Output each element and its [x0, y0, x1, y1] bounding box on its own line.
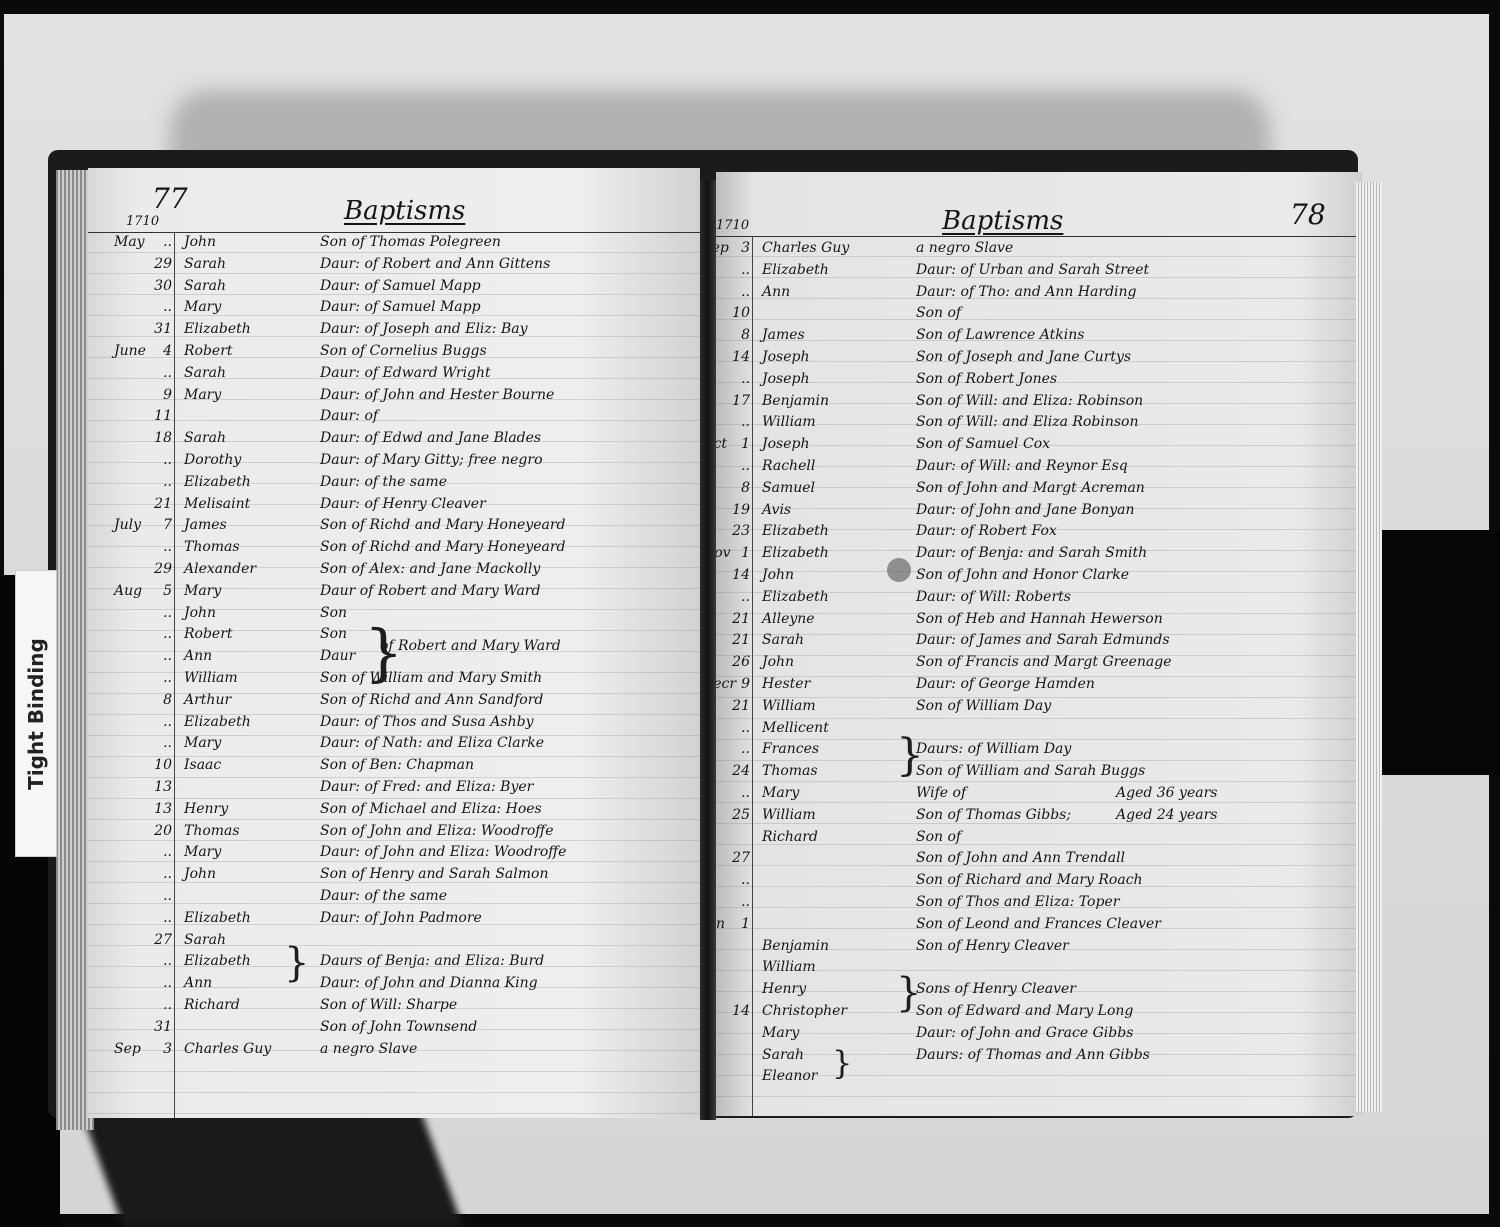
entry-day: 29	[146, 561, 172, 577]
book-spine	[700, 180, 716, 1120]
entry-day: 18	[146, 430, 172, 446]
entry-parents: Son of Joseph and Jane Curtys	[916, 349, 1131, 365]
entry-parents: Son of Richd and Ann Sandford	[320, 692, 543, 708]
entry-row: 14JosephSon of Joseph and Jane Curtys	[716, 349, 1362, 371]
entry-day: 26	[724, 654, 750, 670]
register-page-right: 78 1710 Baptisms Sep3Charles Guya negro …	[716, 172, 1362, 1116]
entry-parents: Daur: of John and Dianna King	[320, 975, 538, 991]
entry-name: Avis	[762, 502, 791, 518]
entry-name: William	[184, 670, 238, 686]
entry-row: Nov1ElizabethDaur: of Benja: and Sarah S…	[716, 545, 1362, 567]
entry-day: 27	[724, 850, 750, 866]
entry-name: James	[762, 327, 805, 343]
entry-parents: Daur: of John and Jane Bonyan	[916, 502, 1135, 518]
entry-name: Dorothy	[184, 452, 241, 468]
entry-day: 19	[724, 502, 750, 518]
entry-name: Samuel	[762, 480, 815, 496]
entry-parents: Daur: of Samuel Mapp	[320, 299, 481, 315]
entry-name: Benjamin	[762, 938, 829, 954]
entry-row: 21AlleyneSon of Heb and Hannah Hewerson	[716, 611, 1362, 633]
entry-name: Eleanor	[762, 1068, 817, 1084]
entry-parents: Son of Will: and Eliza Robinson	[916, 414, 1138, 430]
entry-parents: Son	[320, 626, 347, 642]
entry-name: Sarah	[762, 1047, 804, 1063]
entry-day: 24	[724, 763, 750, 779]
group-note: of Robert and Mary Ward	[380, 638, 561, 654]
header-rule	[716, 236, 1362, 237]
entry-day: ..	[146, 474, 172, 490]
entry-parents: Son of John Townsend	[320, 1019, 477, 1035]
entry-name: John	[184, 234, 216, 250]
entry-day: 11	[146, 408, 172, 424]
entry-day: 29	[146, 256, 172, 272]
entry-parents: Daur: of the same	[320, 888, 447, 904]
entry-parents: Son of Will: Sharpe	[320, 997, 457, 1013]
register-page-left: 77 1710 Baptisms May..JohnSon of Thomas …	[88, 168, 700, 1118]
entry-row: ..RichardSon of Will: Sharpe	[88, 997, 700, 1019]
entry-day: 4	[146, 343, 172, 359]
entry-parents: a negro Slave	[320, 1041, 417, 1057]
entry-parents: Daur: of Mary Gitty; free negro	[320, 452, 543, 468]
brace-icon: }	[896, 730, 924, 781]
entry-row: 29SarahDaur: of Robert and Ann Gittens	[88, 256, 700, 278]
entry-row: ..MaryDaur: of Nath: and Eliza Clarke	[88, 735, 700, 757]
entry-name: Sarah	[184, 278, 226, 294]
entry-name: Sarah	[184, 430, 226, 446]
entry-name: Mary	[184, 299, 221, 315]
entry-row: ..JosephSon of Robert Jones	[716, 371, 1362, 393]
entry-day: ..	[146, 626, 172, 642]
entry-name: Joseph	[762, 349, 810, 365]
entry-row: 23ElizabethDaur: of Robert Fox	[716, 523, 1362, 545]
entry-day: 20	[146, 823, 172, 839]
entry-parents: Son of	[916, 305, 961, 321]
entry-parents: Son of John and Honor Clarke	[916, 567, 1129, 583]
entry-day: 31	[146, 321, 172, 337]
entry-name: Frances	[762, 741, 819, 757]
entry-name: William	[762, 414, 816, 430]
entry-name: Charles Guy	[184, 1041, 271, 1057]
entry-name: Sarah	[184, 365, 226, 381]
entry-row: 9MaryDaur: of John and Hester Bourne	[88, 387, 700, 409]
entry-row: May..JohnSon of Thomas Polegreen	[88, 234, 700, 256]
entry-day: 30	[146, 278, 172, 294]
entry-name: William	[762, 698, 816, 714]
entry-day: 21	[724, 632, 750, 648]
entry-day: 5	[146, 583, 172, 599]
entry-day: 8	[146, 692, 172, 708]
entry-parents: Son of Will: and Eliza: Robinson	[916, 393, 1143, 409]
entry-name: Elizabeth	[762, 545, 829, 561]
entry-name: Elizabeth	[184, 910, 251, 926]
entry-row: RichardSon of	[716, 829, 1362, 851]
entry-parents: Son of Heb and Hannah Hewerson	[916, 611, 1163, 627]
entry-row: 13Daur: of Fred: and Eliza: Byer	[88, 779, 700, 801]
entry-parents: Wife of	[916, 785, 966, 801]
entry-day: 8	[724, 327, 750, 343]
entry-parents: Son of Thos and Eliza: Toper	[916, 894, 1119, 910]
entry-name: Elizabeth	[184, 321, 251, 337]
entry-parents: Daur: of Thos and Susa Ashby	[320, 714, 533, 730]
entry-parents: Son of Henry and Sarah Salmon	[320, 866, 548, 882]
entry-name: James	[184, 517, 227, 533]
entry-parents: Daur	[320, 648, 355, 664]
year-label: 1710	[126, 214, 159, 229]
entry-name: Joseph	[762, 436, 810, 452]
entry-day: 1	[724, 436, 750, 452]
entry-day: ..	[724, 872, 750, 888]
entry-day: ..	[146, 997, 172, 1013]
entry-row: ..FrancesDaurs: of William Day	[716, 741, 1362, 763]
entry-parents: Son of	[916, 829, 961, 845]
entry-name: John	[184, 866, 216, 882]
entry-row: ..ElizabethDaur: of John Padmore	[88, 910, 700, 932]
entry-parents: Son of Robert Jones	[916, 371, 1057, 387]
entry-row: ..ElizabethDaur: of the same	[88, 474, 700, 496]
entry-day: ..	[146, 605, 172, 621]
entry-day: ..	[146, 539, 172, 555]
entry-parents: Daur: of Will: and Reynor Esq	[916, 458, 1128, 474]
entry-row: ..ElizabethDaur: of Urban and Sarah Stre…	[716, 262, 1362, 284]
entry-parents: Daur: of John and Hester Bourne	[320, 387, 554, 403]
entry-row: 17BenjaminSon of Will: and Eliza: Robins…	[716, 393, 1362, 415]
entry-name: Elizabeth	[762, 523, 829, 539]
entry-name: Ann	[184, 648, 212, 664]
entry-parents: Daur: of Edward Wright	[320, 365, 491, 381]
entry-name: William	[762, 959, 816, 975]
entry-row: 21WilliamSon of William Day	[716, 698, 1362, 720]
entry-name: Sarah	[184, 932, 226, 948]
entry-name: Melisaint	[184, 496, 250, 512]
entry-parents: Daur: of Edwd and Jane Blades	[320, 430, 541, 446]
entry-parents: Son of William and Sarah Buggs	[916, 763, 1145, 779]
entry-parents: Daur: of	[320, 408, 378, 424]
entry-parents: Son of Thomas Gibbs;	[916, 807, 1071, 823]
entry-age-note: Aged 36 years	[1116, 785, 1217, 801]
entry-name: Sarah	[184, 256, 226, 272]
entry-parents: Daur: of the same	[320, 474, 447, 490]
entry-day: 25	[724, 807, 750, 823]
entry-row: ..MaryDaur: of Samuel Mapp	[88, 299, 700, 321]
entry-row: Jan1Son of Leond and Frances Cleaver	[716, 916, 1362, 938]
entry-parents: Daur: of Joseph and Eliz: Bay	[320, 321, 527, 337]
book-shadow-bottom	[77, 1100, 463, 1227]
entry-row: 27Sarah	[88, 932, 700, 954]
entry-row: 8JamesSon of Lawrence Atkins	[716, 327, 1362, 349]
entry-parents: Son of John and Eliza: Woodroffe	[320, 823, 554, 839]
tight-binding-label: Tight Binding	[15, 570, 57, 857]
entry-row: Oct1JosephSon of Samuel Cox	[716, 436, 1362, 458]
page-title: Baptisms	[942, 206, 1063, 236]
entry-parents: Daur: of James and Sarah Edmunds	[916, 632, 1170, 648]
entry-row: 18SarahDaur: of Edwd and Jane Blades	[88, 430, 700, 452]
entry-name: Alleyne	[762, 611, 815, 627]
entry-parents: Son of Edward and Mary Long	[916, 1003, 1133, 1019]
entry-row: July7JamesSon of Richd and Mary Honeyear…	[88, 517, 700, 539]
entry-row: HenrySons of Henry Cleaver	[716, 981, 1362, 1003]
entry-parents: Daur: of Urban and Sarah Street	[916, 262, 1149, 278]
entry-parents: Daur: of Henry Cleaver	[320, 496, 486, 512]
entry-name: John	[762, 654, 794, 670]
entry-parents: Daur: of Robert Fox	[916, 523, 1057, 539]
entry-name: Henry	[762, 981, 806, 997]
entry-day: 1	[724, 916, 750, 932]
entry-parents: Son of Henry Cleaver	[916, 938, 1069, 954]
entry-row: 14JohnSon of John and Honor Clarke	[716, 567, 1362, 589]
entry-day: 23	[724, 523, 750, 539]
entry-parents: Daur of Robert and Mary Ward	[320, 583, 540, 599]
entry-day: 27	[146, 932, 172, 948]
entry-day: ..	[146, 452, 172, 468]
entry-row: 27Son of John and Ann Trendall	[716, 850, 1362, 872]
entry-row: William	[716, 959, 1362, 981]
entry-name: Joseph	[762, 371, 810, 387]
entry-row: Decr9HesterDaur: of George Hamden	[716, 676, 1362, 698]
entry-parents: Son of Ben: Chapman	[320, 757, 474, 773]
entry-parents: Daurs: of Thomas and Ann Gibbs	[916, 1047, 1150, 1063]
entry-name: Mary	[184, 583, 221, 599]
entry-parents: Sons of Henry Cleaver	[916, 981, 1076, 997]
year-label: 1710	[716, 218, 749, 233]
page-title: Baptisms	[344, 196, 465, 226]
entry-name: Alexander	[184, 561, 256, 577]
entry-name: John	[184, 605, 216, 621]
entry-day: 9	[724, 676, 750, 692]
entry-row: ..AnnDaur: of John and Dianna King	[88, 975, 700, 997]
entry-parents: Son of Samuel Cox	[916, 436, 1050, 452]
entry-day: ..	[146, 365, 172, 381]
entry-row: 13HenrySon of Michael and Eliza: Hoes	[88, 801, 700, 823]
entry-day: ..	[146, 844, 172, 860]
entry-row: ..ElizabethDaurs of Benja: and Eliza: Bu…	[88, 953, 700, 975]
entry-parents: Son of Francis and Margt Greenage	[916, 654, 1172, 670]
entry-parents: Son of Lawrence Atkins	[916, 327, 1084, 343]
entry-parents: Son of Michael and Eliza: Hoes	[320, 801, 542, 817]
entry-row: 11Daur: of	[88, 408, 700, 430]
entry-row: Aug5MaryDaur of Robert and Mary Ward	[88, 583, 700, 605]
entry-day: ..	[146, 735, 172, 751]
entry-row: 8ArthurSon of Richd and Ann Sandford	[88, 692, 700, 714]
entry-name: Thomas	[184, 823, 240, 839]
entry-row: ..WilliamSon of Will: and Eliza Robinson	[716, 414, 1362, 436]
entry-parents: a negro Slave	[916, 240, 1013, 256]
entry-row: 14ChristopherSon of Edward and Mary Long	[716, 1003, 1362, 1025]
entry-name: Ann	[762, 284, 790, 300]
entry-day: 1	[724, 545, 750, 561]
entry-day: 17	[724, 393, 750, 409]
entry-name: Isaac	[184, 757, 221, 773]
page-number: 78	[1290, 198, 1326, 231]
entry-row: Sep3Charles Guya negro Slave	[88, 1041, 700, 1063]
entry-row: 25WilliamSon of Thomas Gibbs;Aged 24 yea…	[716, 807, 1362, 829]
entry-name: Elizabeth	[762, 589, 829, 605]
entry-name: Robert	[184, 343, 233, 359]
entry-row: ..AnnDaur: of Tho: and Ann Harding	[716, 284, 1362, 306]
entry-day: 13	[146, 779, 172, 795]
entry-day: ..	[146, 910, 172, 926]
brace-icon: }	[832, 1044, 852, 1082]
entry-parents: Daur: of John and Grace Gibbs	[916, 1025, 1133, 1041]
header-rule	[88, 232, 700, 233]
ink-blot	[887, 558, 911, 582]
entry-day: 13	[146, 801, 172, 817]
entry-row: ..SarahDaur: of Edward Wright	[88, 365, 700, 387]
entry-parents: Daur: of Fred: and Eliza: Byer	[320, 779, 533, 795]
entry-name: Christopher	[762, 1003, 847, 1019]
entry-day: ..	[724, 262, 750, 278]
entry-name: Robert	[184, 626, 233, 642]
entry-row: 24ThomasSon of William and Sarah Buggs	[716, 763, 1362, 785]
entry-day: 7	[146, 517, 172, 533]
entry-row: MaryDaur: of John and Grace Gibbs	[716, 1025, 1362, 1047]
entry-name: Thomas	[762, 763, 818, 779]
entry-parents: Son of William Day	[916, 698, 1051, 714]
entry-day: 31	[146, 1019, 172, 1035]
entry-day: 10	[724, 305, 750, 321]
entry-name: Thomas	[184, 539, 240, 555]
entry-name: Henry	[184, 801, 228, 817]
entry-day: 9	[146, 387, 172, 403]
entry-day: ..	[146, 888, 172, 904]
entry-name: Mary	[184, 387, 221, 403]
entry-name: Ann	[184, 975, 212, 991]
entry-day: 21	[724, 611, 750, 627]
entry-day: ..	[724, 589, 750, 605]
entry-row: ..MaryDaur: of John and Eliza: Woodroffe	[88, 844, 700, 866]
entry-row: 20ThomasSon of John and Eliza: Woodroffe	[88, 823, 700, 845]
entry-parents: Son of Richd and Mary Honeyeard	[320, 539, 565, 555]
entry-parents: Son of Cornelius Buggs	[320, 343, 487, 359]
entry-parents: Son of William and Mary Smith	[320, 670, 542, 686]
entry-day: 14	[724, 1003, 750, 1019]
entry-day: 21	[724, 698, 750, 714]
entry-row: 31ElizabethDaur: of Joseph and Eliz: Bay	[88, 321, 700, 343]
entry-day: ..	[146, 866, 172, 882]
entry-name: John	[762, 567, 794, 583]
entry-parents: Daur: of George Hamden	[916, 676, 1095, 692]
entry-day: 3	[724, 240, 750, 256]
entry-day: 8	[724, 480, 750, 496]
entry-name: Mellicent	[762, 720, 829, 736]
entry-row: 31Son of John Townsend	[88, 1019, 700, 1041]
entry-day: ..	[724, 720, 750, 736]
entry-name: Elizabeth	[184, 953, 251, 969]
entry-parents: Daur: of Benja: and Sarah Smith	[916, 545, 1147, 561]
page-number: 77	[152, 182, 188, 215]
entry-day: ..	[724, 785, 750, 801]
entry-day: ..	[724, 894, 750, 910]
entry-name: Richard	[184, 997, 240, 1013]
entry-name: Elizabeth	[184, 474, 251, 490]
tight-binding-text: Tight Binding	[24, 638, 48, 790]
entry-day: ..	[724, 741, 750, 757]
entry-parents: Son of Richd and Mary Honeyeard	[320, 517, 565, 533]
entry-day: ..	[724, 414, 750, 430]
entry-name: Richard	[762, 829, 818, 845]
brace-icon: }	[896, 970, 921, 1016]
entry-day: ..	[724, 284, 750, 300]
entry-name: Elizabeth	[762, 262, 829, 278]
entry-parents: Daur: of John and Eliza: Woodroffe	[320, 844, 566, 860]
entry-parents: Son of John and Ann Trendall	[916, 850, 1125, 866]
entry-row: ..ThomasSon of Richd and Mary Honeyeard	[88, 539, 700, 561]
entry-name: Charles Guy	[762, 240, 849, 256]
entry-row: ..RachellDaur: of Will: and Reynor Esq	[716, 458, 1362, 480]
entry-row: ..ElizabethDaur: of Will: Roberts	[716, 589, 1362, 611]
dark-margin-right	[1380, 530, 1500, 775]
entry-parents: Daur: of Nath: and Eliza Clarke	[320, 735, 544, 751]
entry-day: 3	[146, 1041, 172, 1057]
entry-row: Eleanor	[716, 1068, 1362, 1090]
entry-parents: Son of Richard and Mary Roach	[916, 872, 1143, 888]
entry-row: 21SarahDaur: of James and Sarah Edmunds	[716, 632, 1362, 654]
entry-name: Sarah	[762, 632, 804, 648]
entry-row: ..DorothyDaur: of Mary Gitty; free negro	[88, 452, 700, 474]
entry-row: BenjaminSon of Henry Cleaver	[716, 938, 1362, 960]
entry-row: 29AlexanderSon of Alex: and Jane Mackoll…	[88, 561, 700, 583]
entry-row: 8SamuelSon of John and Margt Acreman	[716, 480, 1362, 502]
entry-name: Elizabeth	[184, 714, 251, 730]
entry-name: Benjamin	[762, 393, 829, 409]
entry-parents: Daurs: of William Day	[916, 741, 1071, 757]
entry-age-note: Aged 24 years	[1116, 807, 1217, 823]
entry-parents: Daur: of Robert and Ann Gittens	[320, 256, 550, 272]
entry-day: 21	[146, 496, 172, 512]
entry-row: Sep3Charles Guya negro Slave	[716, 240, 1362, 262]
entry-row: ..Son of Richard and Mary Roach	[716, 872, 1362, 894]
entry-row: 26JohnSon of Francis and Margt Greenage	[716, 654, 1362, 676]
entry-name: Arthur	[184, 692, 231, 708]
entry-parents: Son of John and Margt Acreman	[916, 480, 1145, 496]
entry-name: Mary	[184, 844, 221, 860]
entry-row: ..MaryWife ofAged 36 years	[716, 785, 1362, 807]
entry-name: Hester	[762, 676, 810, 692]
page-edges-right	[1356, 182, 1382, 1112]
entry-day: ..	[146, 648, 172, 664]
entry-row: 21MelisaintDaur: of Henry Cleaver	[88, 496, 700, 518]
entry-parents: Son of Thomas Polegreen	[320, 234, 501, 250]
entry-row: June4RobertSon of Cornelius Buggs	[88, 343, 700, 365]
entry-parents: Daur: of John Padmore	[320, 910, 482, 926]
entry-day: 10	[146, 757, 172, 773]
entry-parents: Daur: of Will: Roberts	[916, 589, 1071, 605]
entry-name: Mary	[762, 785, 799, 801]
entry-day: ..	[146, 670, 172, 686]
entry-name: Mary	[762, 1025, 799, 1041]
entry-row: 10Son of	[716, 305, 1362, 327]
entry-row: 19AvisDaur: of John and Jane Bonyan	[716, 502, 1362, 524]
entry-day: ..	[146, 299, 172, 315]
entry-parents: Daurs of Benja: and Eliza: Burd	[320, 953, 544, 969]
entry-day: ..	[724, 458, 750, 474]
entry-day: ..	[146, 975, 172, 991]
entry-row: ..Mellicent	[716, 720, 1362, 742]
entry-row: 10IsaacSon of Ben: Chapman	[88, 757, 700, 779]
entry-row: ..Daur: of the same	[88, 888, 700, 910]
entry-row: ..JohnSon of Henry and Sarah Salmon	[88, 866, 700, 888]
entry-day: ..	[146, 234, 172, 250]
entry-parents: Son	[320, 605, 347, 621]
entry-parents: Son of Leond and Frances Cleaver	[916, 916, 1161, 932]
entry-day: ..	[146, 714, 172, 730]
entry-day: ..	[146, 953, 172, 969]
entry-day: 14	[724, 349, 750, 365]
entry-row: SarahDaurs: of Thomas and Ann Gibbs	[716, 1047, 1362, 1069]
entry-parents: Daur: of Samuel Mapp	[320, 278, 481, 294]
entry-name: William	[762, 807, 816, 823]
entry-parents: Son of Alex: and Jane Mackolly	[320, 561, 540, 577]
entry-row: ..Son of Thos and Eliza: Toper	[716, 894, 1362, 916]
